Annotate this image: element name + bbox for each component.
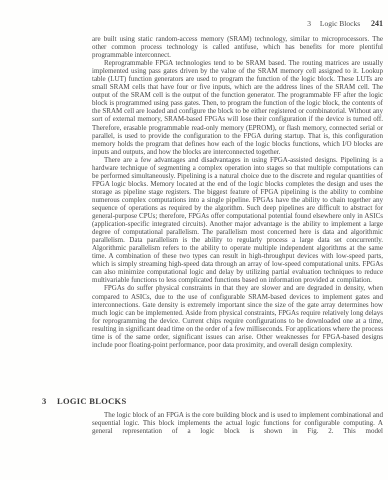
book-page: 3 Logic Blocks 241 are built using stati… (0, 0, 388, 480)
section-heading: 3 LOGIC BLOCKS (42, 396, 127, 406)
paragraph: are built using static random-access mem… (92, 35, 383, 59)
paragraph: FPGAs do suffer physical constraints in … (92, 284, 383, 348)
section-heading-number: 3 (42, 396, 47, 406)
paragraph: Reprogrammable FPGA technologies tend to… (92, 59, 383, 156)
running-header: 3 Logic Blocks 241 (0, 19, 383, 28)
paragraph: There are a few advantages and disadvant… (92, 156, 383, 285)
page-number: 241 (371, 19, 383, 28)
post-heading-text-block: The logic block of an FPGA is the core b… (92, 411, 383, 435)
body-text-block: are built using static random-access mem… (92, 35, 383, 349)
paragraph: The logic block of an FPGA is the core b… (92, 411, 383, 435)
section-heading-title: LOGIC BLOCKS (57, 396, 127, 406)
running-header-section-title: Logic Blocks (320, 19, 360, 28)
running-header-section-number: 3 (307, 19, 311, 28)
